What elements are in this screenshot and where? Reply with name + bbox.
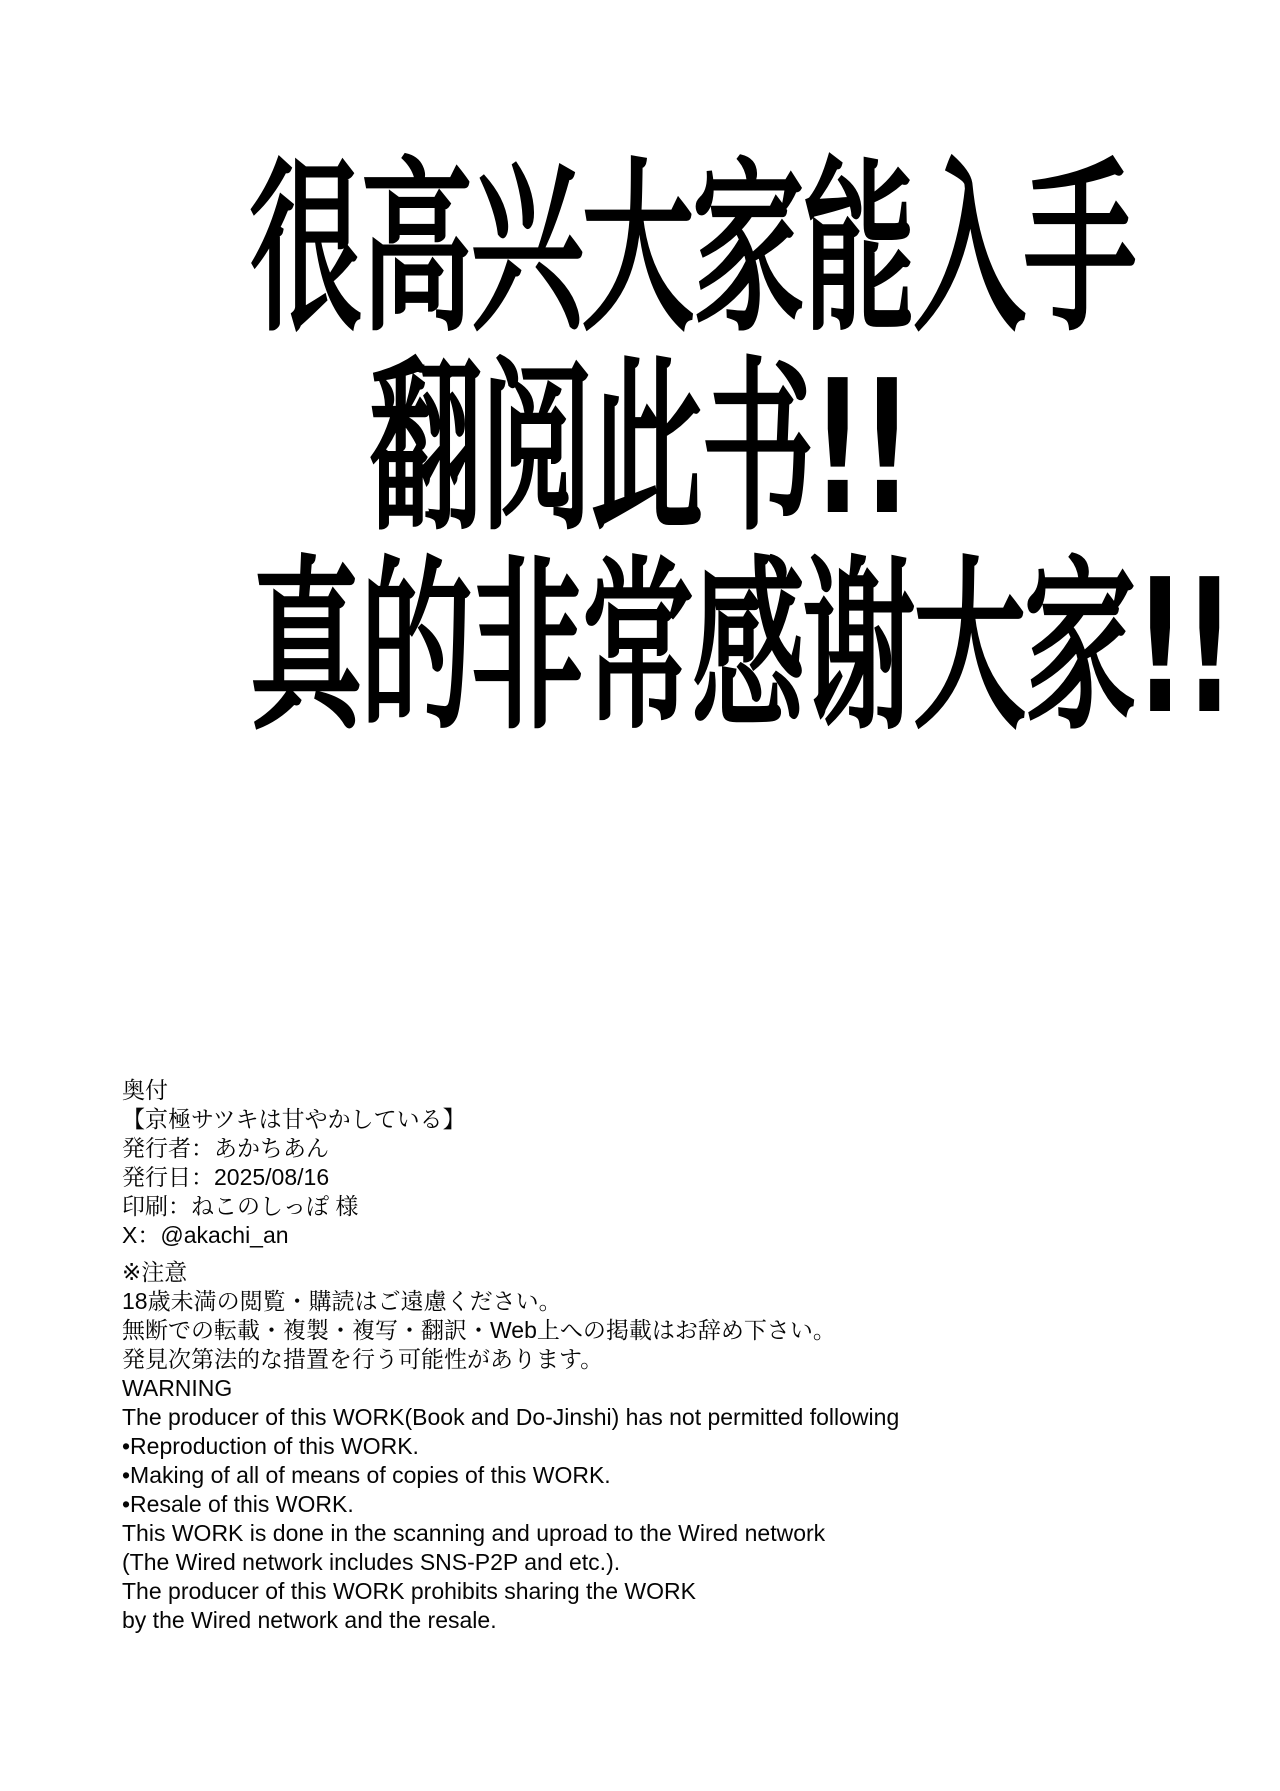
warning-notice-block: ※注意 18歳未満の閲覧・購読はご遠慮ください。 無断での転載・複製・複写・翻訳… — [122, 1258, 899, 1635]
thanks-line-3: 真的非常感谢大家!! — [250, 548, 1031, 747]
printer-line: 印刷：ねこのしっぽ 様 — [122, 1192, 466, 1221]
thanks-line-2: 翻阅此书!! — [250, 349, 1031, 548]
warning-heading: WARNING — [122, 1374, 899, 1403]
thanks-message: 很高兴大家能入手 翻阅此书!! 真的非常感谢大家!! — [0, 150, 1280, 747]
book-title: 【京極サツキは甘やかしている】 — [122, 1105, 466, 1134]
x-account-line: X：@akachi_an — [122, 1221, 466, 1250]
scanning-upload-line: This WORK is done in the scanning and up… — [122, 1519, 899, 1548]
caution-heading: ※注意 — [122, 1258, 899, 1287]
age-restriction-line: 18歳未満の閲覧・購読はご遠慮ください。 — [122, 1287, 899, 1316]
resale-closing-line: by the Wired network and the resale. — [122, 1606, 899, 1635]
scanned-afterword-page: 很高兴大家能入手 翻阅此书!! 真的非常感谢大家!! 奥付 【京極サツキは甘やか… — [0, 0, 1280, 1791]
prohibit-sharing-line: The producer of this WORK prohibits shar… — [122, 1577, 899, 1606]
warning-intro-line: The producer of this WORK(Book and Do-Ji… — [122, 1403, 899, 1432]
publish-date-line: 発行日：2025/08/16 — [122, 1163, 466, 1192]
bullet-resale-line: •Resale of this WORK. — [122, 1490, 899, 1519]
colophon-block: 奥付 【京極サツキは甘やかしている】 発行者：あかちあん 発行日：2025/08… — [122, 1076, 466, 1250]
bullet-reproduction-line: •Reproduction of this WORK. — [122, 1432, 899, 1461]
no-unauthorized-copy-line: 無断での転載・複製・複写・翻訳・Web上への掲載はお辞め下さい。 — [122, 1316, 899, 1345]
legal-action-line: 発見次第法的な措置を行う可能性があります。 — [122, 1345, 899, 1374]
bullet-copies-line: •Making of all of means of copies of thi… — [122, 1461, 899, 1490]
colophon-heading: 奥付 — [122, 1076, 466, 1105]
publisher-line: 発行者：あかちあん — [122, 1134, 466, 1163]
wired-network-line: (The Wired network includes SNS-P2P and … — [122, 1548, 899, 1577]
thanks-line-1: 很高兴大家能入手 — [250, 150, 1031, 349]
